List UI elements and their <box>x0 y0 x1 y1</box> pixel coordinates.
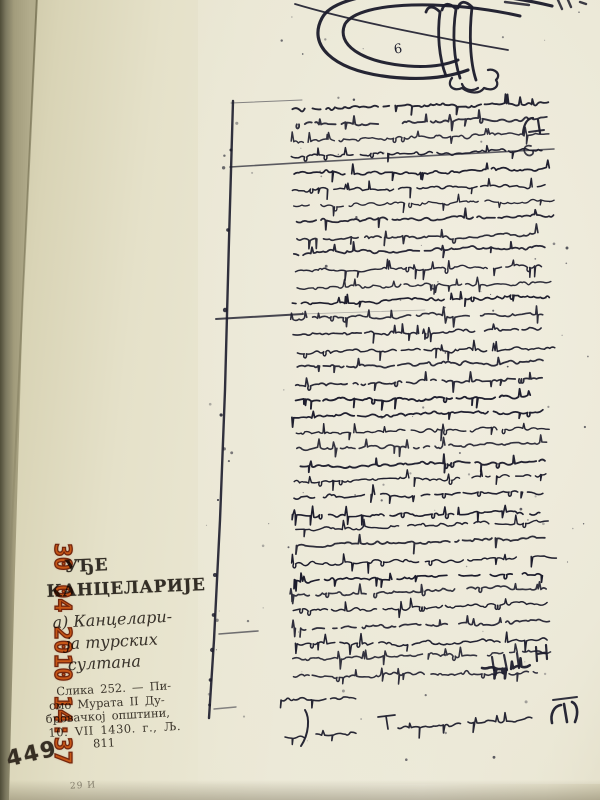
camera-timestamp: 30 04 2010 14:37 <box>47 543 75 783</box>
manuscript-facsimile: 6 <box>0 0 600 800</box>
tughra-small-glyph: 6 <box>393 42 403 58</box>
book-page-photo: 6 УЂЕ КАНЦЕЛАРИЈЕ а) Канцелари- ја турск… <box>0 0 600 800</box>
tughra-calligraphy <box>295 0 586 92</box>
handwritten-text-lines <box>281 94 557 708</box>
